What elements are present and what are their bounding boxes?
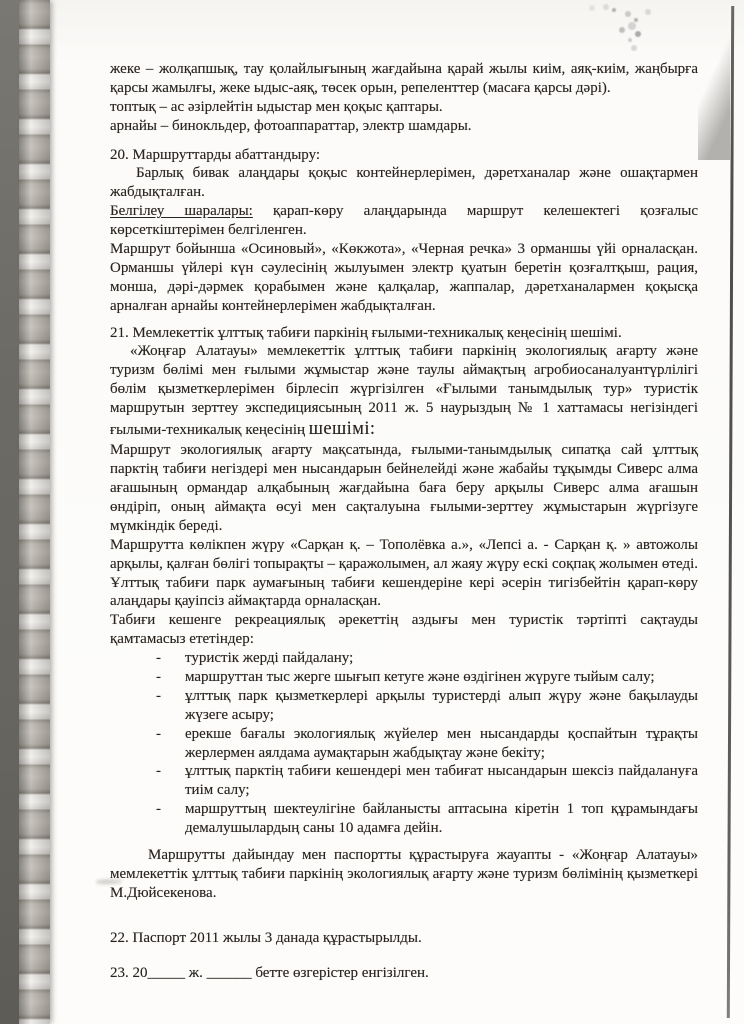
section-21-heading: 21. Мемлекеттік ұлттық табиғи паркінің ғ… bbox=[110, 324, 698, 343]
condition-item-4: ерекше бағалы экологиялық жүйелер мен ны… bbox=[150, 725, 698, 763]
section-20-para1: Барлық бивак алаңдары қоқыс контейнерлер… bbox=[110, 164, 698, 202]
scanned-document-page: жеке – жолқапшық, тау қолайлығының жағда… bbox=[0, 0, 744, 1024]
section-20-para2: Маршрут бойынша «Осиновый», «Көкжота», «… bbox=[110, 240, 698, 316]
condition-item-6: маршруттың шектеулігіне байланысты аптас… bbox=[150, 800, 698, 838]
section-21-para1: Маршрут экологиялық ағарту мақсатында, ғ… bbox=[110, 441, 698, 535]
scan-gutter-shadow bbox=[0, 0, 19, 1024]
page-edge-shadow-top bbox=[698, 0, 730, 160]
condition-item-2: маршруттан тыс жерге шығып кетуге және ө… bbox=[150, 668, 698, 687]
section-21-resolution-word: шешімі: bbox=[309, 419, 376, 439]
section-21-intro: «Жоңғар Алатауы» мемлекеттік ұлттық таби… bbox=[110, 342, 698, 441]
section-20-marking: Белгілеу шаралары: қарап-көру алаңдарынд… bbox=[110, 202, 698, 240]
item-23-line: 23. 20_____ ж. ______ бетте өзгерістер е… bbox=[110, 964, 698, 983]
section-21-para2: Маршрутта көлікпен жүру «Сарқан қ. – Топ… bbox=[110, 536, 698, 612]
resolution-conditions-list: туристік жерді пайдалану; маршруттан тыс… bbox=[110, 649, 698, 838]
equipment-personal-line: жеке – жолқапшық, тау қолайлығының жағда… bbox=[110, 60, 698, 98]
ink-smudge-mark bbox=[612, 8, 616, 12]
document-body: жеке – жолқапшық, тау қолайлығының жағда… bbox=[110, 60, 698, 982]
comb-binding-spine bbox=[19, 0, 50, 1024]
equipment-special-line: арнайы – бинокльдер, фотоаппараттар, эле… bbox=[110, 117, 698, 136]
responsible-person-para: Маршрутты дайындау мен паспортты құрасты… bbox=[110, 846, 698, 903]
condition-item-5: ұлттық парктің табиғи кешендері мен таби… bbox=[150, 762, 698, 800]
section-21-para3: Табиғи кешенге рекреациялық әрекеттің аз… bbox=[110, 611, 698, 649]
marking-measures-label: Белгілеу шаралары: bbox=[110, 203, 253, 219]
condition-item-3: ұлттық парк қызметкерлері арқылы туристе… bbox=[150, 687, 698, 725]
equipment-group-line: топтық – ас әзірлейтін ыдыстар мен қоқыс… bbox=[110, 98, 698, 117]
condition-item-1: туристік жерді пайдалану; bbox=[150, 649, 698, 668]
section-20-heading: 20. Маршруттарды абаттандыру: bbox=[110, 146, 698, 165]
section-21-intro-text: «Жоңғар Алатауы» мемлекеттік ұлттық таби… bbox=[110, 343, 698, 438]
item-22-line: 22. Паспорт 2011 жылы 3 данада құрастыры… bbox=[110, 929, 698, 948]
